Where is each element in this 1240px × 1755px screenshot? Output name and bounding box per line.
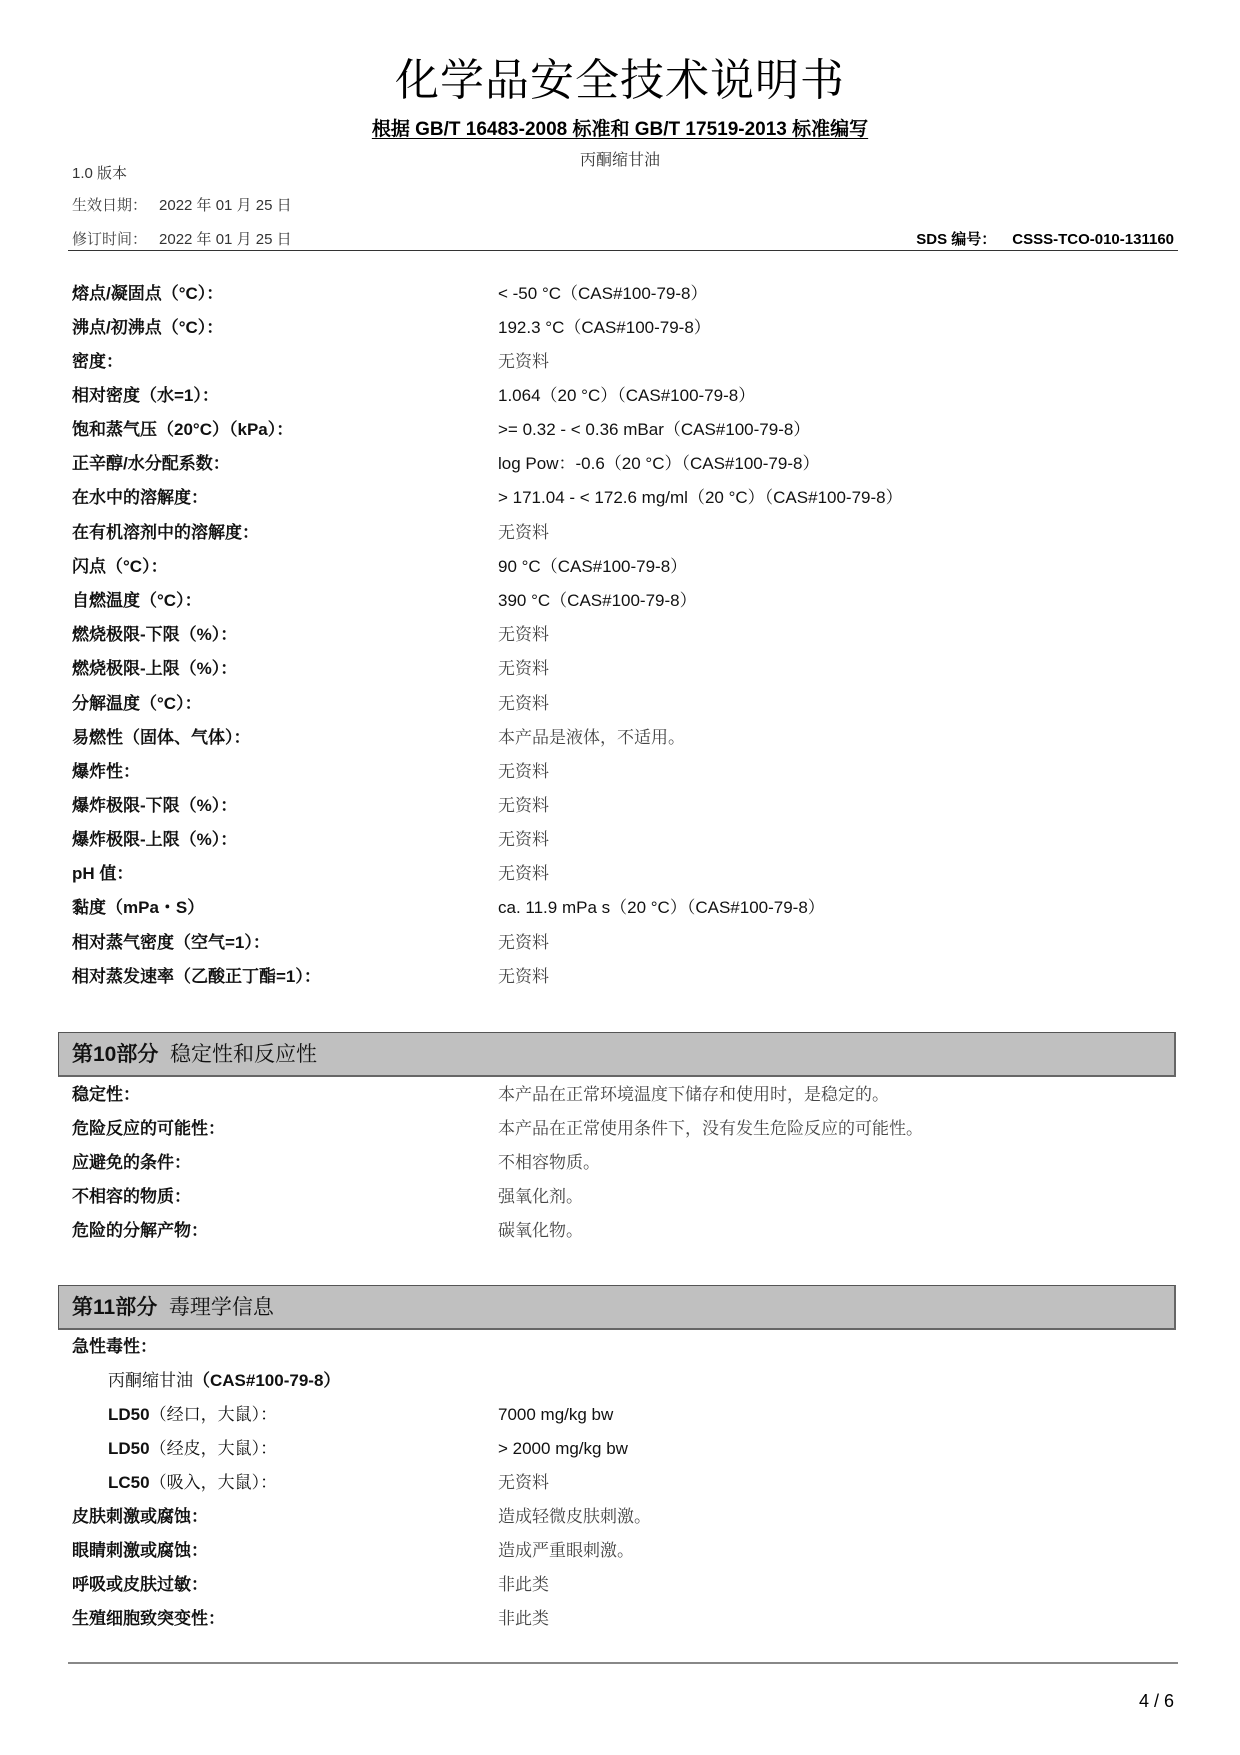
version: 1.0 版本 (72, 162, 127, 183)
stability-row: 危险的分解产物：碳氧化物。 (0, 1216, 1240, 1246)
row-label: 眼睛刺激或腐蚀： (72, 1536, 208, 1566)
effective-date: 生效日期：2022 年 01 月 25 日 (72, 194, 292, 215)
property-value: 无资料 (498, 962, 549, 992)
property-value: log Pow：-0.6（20 °C）（CAS#100-79-8） (498, 449, 819, 479)
acute-toxicity-row: LD50（经口，大鼠）：7000 mg/kg bw (0, 1400, 1240, 1430)
property-row: 黏度（mPa・S）ca. 11.9 mPa s（20 °C）（CAS#100-7… (0, 893, 1240, 923)
property-value: 192.3 °C（CAS#100-79-8） (498, 313, 711, 343)
property-label: 熔点/凝固点（°C）： (72, 279, 223, 309)
property-value: 无资料 (498, 689, 549, 719)
row-label: 危险的分解产物： (72, 1216, 208, 1246)
property-row: 相对蒸气密度（空气=1）：无资料 (0, 928, 1240, 958)
standards-reference: 根据 GB/T 16483-2008 标准和 GB/T 17519-2013 标… (372, 119, 868, 140)
page-number: 4 / 6 (1139, 1691, 1174, 1712)
property-row: 燃烧极限-上限（%）：无资料 (0, 654, 1240, 684)
property-row: 在有机溶剂中的溶解度：无资料 (0, 518, 1240, 548)
toxicity-value: 7000 mg/kg bw (498, 1400, 613, 1430)
row-value: 本产品在正常环境温度下储存和使用时，是稳定的。 (498, 1080, 889, 1110)
property-label: 沸点/初沸点（°C）： (72, 313, 223, 343)
toxicity-value: 无资料 (498, 1468, 549, 1498)
row-label: 生殖细胞致突变性： (72, 1604, 225, 1634)
row-label: 皮肤刺激或腐蚀： (72, 1502, 208, 1532)
property-label: 黏度（mPa・S） (72, 893, 204, 923)
property-label: 饱和蒸气压（20°C）（kPa）： (72, 415, 293, 445)
effective-date-value: 2022 年 01 月 25 日 (159, 197, 292, 214)
toxicology-row: 皮肤刺激或腐蚀：造成轻微皮肤刺激。 (0, 1502, 1240, 1532)
effective-date-label: 生效日期： (72, 197, 147, 214)
property-row: 闪点（°C）：90 °C（CAS#100-79-8） (0, 552, 1240, 582)
toxicity-route: （经口，大鼠）： (150, 1405, 278, 1424)
header-divider (68, 250, 1178, 251)
stability-row: 危险反应的可能性：本产品在正常使用条件下，没有发生危险反应的可能性。 (0, 1114, 1240, 1144)
sds-number-label: SDS 编号： (916, 231, 996, 248)
property-row: 熔点/凝固点（°C）：< -50 °C（CAS#100-79-8） (0, 279, 1240, 309)
property-value: 无资料 (498, 654, 549, 684)
property-value: < -50 °C（CAS#100-79-8） (498, 279, 707, 309)
substance-name: 丙酮缩甘油 (108, 1371, 193, 1390)
toxicology-row: 呼吸或皮肤过敏：非此类 (0, 1570, 1240, 1600)
property-value: 无资料 (498, 928, 549, 958)
row-label: 稳定性： (72, 1080, 140, 1110)
property-row: 爆炸极限-下限（%）：无资料 (0, 791, 1240, 821)
property-value: ca. 11.9 mPa s（20 °C）（CAS#100-79-8） (498, 893, 825, 923)
property-value: 本产品是液体，不适用。 (498, 723, 685, 753)
property-label: 在有机溶剂中的溶解度： (72, 518, 259, 548)
property-label: 燃烧极限-上限（%）： (72, 654, 237, 684)
section-10-title: 稳定性和反应性 (170, 1043, 317, 1066)
row-value: 本产品在正常使用条件下，没有发生危险反应的可能性。 (498, 1114, 923, 1144)
row-value: 强氧化剂。 (498, 1182, 583, 1212)
revision-date-label: 修订时间： (72, 231, 147, 248)
stability-row: 应避免的条件：不相容物质。 (0, 1148, 1240, 1178)
property-value: 无资料 (498, 518, 549, 548)
property-label: 自燃温度（°C）： (72, 586, 202, 616)
property-value: 1.064（20 °C）（CAS#100-79-8） (498, 381, 755, 411)
property-row: 正辛醇/水分配系数：log Pow：-0.6（20 °C）（CAS#100-79… (0, 449, 1240, 479)
property-label: 正辛醇/水分配系数： (72, 449, 230, 479)
document-title: 化学品安全技术说明书 (0, 44, 1240, 108)
row-value: 非此类 (498, 1604, 549, 1634)
property-row: 饱和蒸气压（20°C）（kPa）：>= 0.32 - < 0.36 mBar（C… (0, 415, 1240, 445)
row-value: 造成轻微皮肤刺激。 (498, 1502, 651, 1532)
row-value: 不相容物质。 (498, 1148, 600, 1178)
property-value: > 171.04 - < 172.6 mg/ml（20 °C）（CAS#100-… (498, 483, 903, 513)
property-row: 在水中的溶解度：> 171.04 - < 172.6 mg/ml（20 °C）（… (0, 483, 1240, 513)
acute-toxicity-heading: 急性毒性： (0, 1332, 1240, 1362)
product-name: 丙酮缩甘油 (0, 147, 1240, 170)
acute-toxicity-row: LD50（经皮，大鼠）：> 2000 mg/kg bw (0, 1434, 1240, 1464)
row-label: 应避免的条件： (72, 1148, 191, 1178)
row-value: 碳氧化物。 (498, 1216, 583, 1246)
section-11-number: 第11部分 (72, 1296, 157, 1319)
toxicity-label: LD50（经皮，大鼠）： (108, 1434, 277, 1464)
document-subtitle: 根据 GB/T 16483-2008 标准和 GB/T 17519-2013 标… (0, 114, 1240, 141)
property-label: 爆炸极限-下限（%）： (72, 791, 237, 821)
footer-divider (68, 1662, 1178, 1664)
property-row: 相对密度（水=1）：1.064（20 °C）（CAS#100-79-8） (0, 381, 1240, 411)
section-10-header: 第10部分 稳定性和反应性 (58, 1032, 1176, 1077)
property-value: >= 0.32 - < 0.36 mBar（CAS#100-79-8） (498, 415, 810, 445)
section-10-number: 第10部分 (72, 1043, 158, 1066)
toxicity-route: （吸入，大鼠）： (150, 1473, 278, 1492)
revision-date: 修订时间：2022 年 01 月 25 日 (72, 228, 292, 249)
toxicity-value: > 2000 mg/kg bw (498, 1434, 628, 1464)
property-row: 沸点/初沸点（°C）：192.3 °C（CAS#100-79-8） (0, 313, 1240, 343)
property-row: 爆炸极限-上限（%）：无资料 (0, 825, 1240, 855)
property-value: 390 °C（CAS#100-79-8） (498, 586, 697, 616)
sds-number: SDS 编号：CSSS-TCO-010-131160 (916, 228, 1174, 249)
toxicity-metric: LD50 (108, 1439, 150, 1458)
property-row: 分解温度（°C）：无资料 (0, 689, 1240, 719)
property-row: 相对蒸发速率（乙酸正丁酯=1）：无资料 (0, 962, 1240, 992)
substance-cas: （CAS#100-79-8） (193, 1371, 340, 1390)
property-label: 燃烧极限-下限（%）： (72, 620, 237, 650)
sds-number-value: CSSS-TCO-010-131160 (1012, 231, 1174, 248)
revision-date-value: 2022 年 01 月 25 日 (159, 231, 292, 248)
property-value: 90 °C（CAS#100-79-8） (498, 552, 687, 582)
property-label: 爆炸极限-上限（%）： (72, 825, 237, 855)
row-label: 不相容的物质： (72, 1182, 191, 1212)
property-label: 在水中的溶解度： (72, 483, 208, 513)
property-label: 相对密度（水=1）： (72, 381, 219, 411)
property-label: pH 值： (72, 859, 133, 889)
toxicity-route: （经皮，大鼠）： (150, 1439, 278, 1458)
property-label: 易燃性（固体、气体）： (72, 723, 251, 753)
acute-toxicity-label: 急性毒性： (72, 1332, 157, 1362)
stability-row: 稳定性：本产品在正常环境温度下储存和使用时，是稳定的。 (0, 1080, 1240, 1110)
section-11-header: 第11部分 毒理学信息 (58, 1285, 1176, 1330)
property-label: 爆炸性： (72, 757, 140, 787)
stability-row: 不相容的物质：强氧化剂。 (0, 1182, 1240, 1212)
property-label: 闪点（°C）： (72, 552, 168, 582)
substance-label: 丙酮缩甘油（CAS#100-79-8） (108, 1366, 340, 1396)
property-row: 爆炸性：无资料 (0, 757, 1240, 787)
property-row: 密度：无资料 (0, 347, 1240, 377)
toxicology-row: 眼睛刺激或腐蚀：造成严重眼刺激。 (0, 1536, 1240, 1566)
property-label: 相对蒸气密度（空气=1）： (72, 928, 270, 958)
row-label: 呼吸或皮肤过敏： (72, 1570, 208, 1600)
row-value: 非此类 (498, 1570, 549, 1600)
toxicity-label: LD50（经口，大鼠）： (108, 1400, 277, 1430)
property-row: pH 值：无资料 (0, 859, 1240, 889)
property-label: 分解温度（°C）： (72, 689, 202, 719)
row-value: 造成严重眼刺激。 (498, 1536, 634, 1566)
substance-row: 丙酮缩甘油（CAS#100-79-8） (0, 1366, 1240, 1396)
property-value: 无资料 (498, 620, 549, 650)
toxicity-metric: LC50 (108, 1473, 150, 1492)
property-row: 自燃温度（°C）：390 °C（CAS#100-79-8） (0, 586, 1240, 616)
toxicity-label: LC50（吸入，大鼠）： (108, 1468, 277, 1498)
property-value: 无资料 (498, 347, 549, 377)
section-11-title: 毒理学信息 (169, 1296, 274, 1319)
property-value: 无资料 (498, 757, 549, 787)
property-value: 无资料 (498, 859, 549, 889)
property-label: 相对蒸发速率（乙酸正丁酯=1）： (72, 962, 321, 992)
property-row: 燃烧极限-下限（%）：无资料 (0, 620, 1240, 650)
property-value: 无资料 (498, 825, 549, 855)
property-label: 密度： (72, 347, 123, 377)
toxicology-row: 生殖细胞致突变性：非此类 (0, 1604, 1240, 1634)
acute-toxicity-row: LC50（吸入，大鼠）：无资料 (0, 1468, 1240, 1498)
property-row: 易燃性（固体、气体）：本产品是液体，不适用。 (0, 723, 1240, 753)
row-label: 危险反应的可能性： (72, 1114, 225, 1144)
toxicity-metric: LD50 (108, 1405, 150, 1424)
property-value: 无资料 (498, 791, 549, 821)
